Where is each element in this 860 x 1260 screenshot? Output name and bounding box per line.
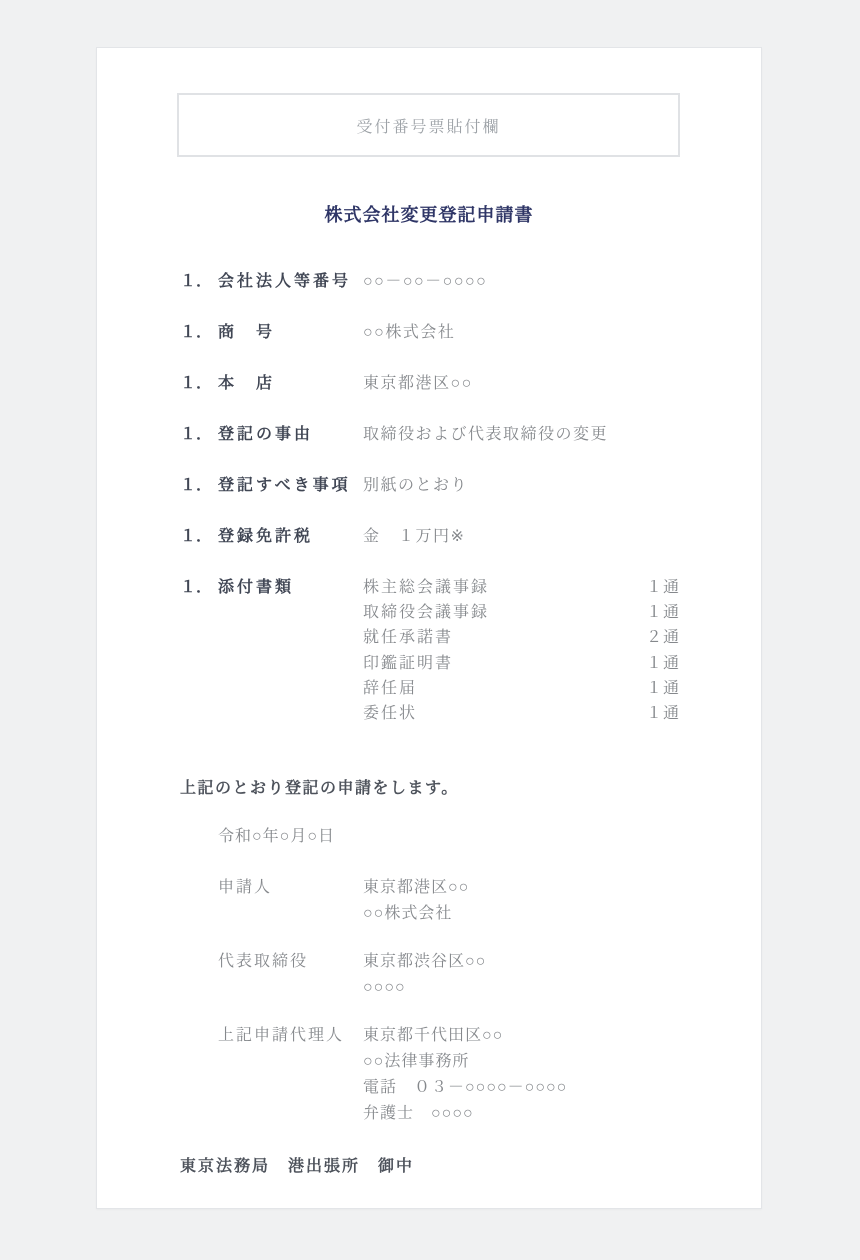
- item-number: １．: [180, 273, 218, 290]
- item-label: 商 号: [218, 324, 363, 341]
- signers-section: 申請人 東京都港区○○ ○○株式会社 代表取締役 東京都渋谷区○○ ○○○○ 上…: [218, 875, 680, 1149]
- item-value: ○○－○○－○○○○: [363, 273, 680, 290]
- attachment-row: 委任状 １通: [363, 701, 680, 726]
- signer-line: 弁護士 ○○○○: [363, 1101, 680, 1127]
- signer-line: 電話 ０３－○○○○－○○○○: [363, 1075, 680, 1101]
- item-value: 別紙のとおり: [363, 477, 680, 494]
- attachment-count: １通: [646, 575, 680, 600]
- item-number: １．: [180, 579, 218, 726]
- signer-role: 上記申請代理人: [218, 1023, 363, 1127]
- item-value: 取締役および代表取締役の変更: [363, 426, 680, 443]
- attachment-name: 印鑑証明書: [363, 651, 453, 676]
- signer-line: ○○株式会社: [363, 901, 680, 927]
- attachment-row: 株主総会議事録 １通: [363, 575, 680, 600]
- attachment-name: 辞任届: [363, 676, 417, 701]
- attachment-name: 就任承諾書: [363, 625, 453, 650]
- application-date: 令和○年○月○日: [218, 823, 335, 846]
- signer-line: 東京都港区○○: [363, 875, 680, 901]
- item-value: 東京都港区○○: [363, 375, 680, 392]
- receipt-box-label: 受付番号票貼付欄: [356, 114, 500, 137]
- attachment-count: １通: [646, 651, 680, 676]
- attachment-name: 取締役会議事録: [363, 600, 489, 625]
- signer-line: 東京都渋谷区○○: [363, 949, 680, 975]
- signer-line: ○○法律事務所: [363, 1049, 680, 1075]
- item-number: １．: [180, 528, 218, 545]
- item-label: 登記すべき事項: [218, 477, 363, 494]
- declaration-text: 上記のとおり登記の申請をします。: [180, 775, 459, 798]
- item-row-trade-name: １． 商 号 ○○株式会社: [180, 324, 680, 341]
- attachments-list: 株主総会議事録 １通 取締役会議事録 １通 就任承諾書 ２通 印鑑証明書 １通 …: [363, 575, 680, 726]
- item-row-corporate-number: １． 会社法人等番号 ○○－○○－○○○○: [180, 273, 680, 290]
- item-number: １．: [180, 375, 218, 392]
- item-row-registration-tax: １． 登録免許税 金 １万円※: [180, 528, 680, 545]
- signer-role: 代表取締役: [218, 949, 363, 1001]
- item-label: 登記の事由: [218, 426, 363, 443]
- signer-line: 東京都千代田区○○: [363, 1023, 680, 1049]
- attachment-count: １通: [646, 676, 680, 701]
- attachment-name: 委任状: [363, 701, 417, 726]
- item-label: 登録免許税: [218, 528, 363, 545]
- attachment-row: 印鑑証明書 １通: [363, 651, 680, 676]
- item-label: 会社法人等番号: [218, 273, 363, 290]
- item-row-head-office: １． 本 店 東京都港区○○: [180, 375, 680, 392]
- signer-lines: 東京都港区○○ ○○株式会社: [363, 875, 680, 927]
- attachment-row: 辞任届 １通: [363, 676, 680, 701]
- signer-line: ○○○○: [363, 975, 680, 1001]
- signer-block-representative-director: 代表取締役 東京都渋谷区○○ ○○○○: [218, 949, 680, 1001]
- attachment-row: 取締役会議事録 １通: [363, 600, 680, 625]
- item-value: 金 １万円※: [363, 528, 680, 545]
- signer-block-applicant: 申請人 東京都港区○○ ○○株式会社: [218, 875, 680, 927]
- receipt-number-box: 受付番号票貼付欄: [177, 93, 680, 157]
- item-value: ○○株式会社: [363, 324, 680, 341]
- item-number: １．: [180, 324, 218, 341]
- attachment-count: １通: [646, 600, 680, 625]
- item-label: 添付書類: [218, 579, 363, 726]
- item-number: １．: [180, 426, 218, 443]
- signer-lines: 東京都千代田区○○ ○○法律事務所 電話 ０３－○○○○－○○○○ 弁護士 ○○…: [363, 1023, 680, 1127]
- document-page: 受付番号票貼付欄 株式会社変更登記申請書 １． 会社法人等番号 ○○－○○－○○…: [96, 47, 762, 1209]
- item-row-attachments: １． 添付書類 株主総会議事録 １通 取締役会議事録 １通 就任承諾書 ２通 印…: [180, 579, 680, 726]
- attachment-count: ２通: [646, 625, 680, 650]
- item-row-cause-of-registration: １． 登記の事由 取締役および代表取締役の変更: [180, 426, 680, 443]
- attachment-count: １通: [646, 701, 680, 726]
- item-row-matters-to-register: １． 登記すべき事項 別紙のとおり: [180, 477, 680, 494]
- signer-block-agent: 上記申請代理人 東京都千代田区○○ ○○法律事務所 電話 ０３－○○○○－○○○…: [218, 1023, 680, 1127]
- item-label: 本 店: [218, 375, 363, 392]
- registration-items: １． 会社法人等番号 ○○－○○－○○○○ １． 商 号 ○○株式会社 １． 本…: [180, 273, 680, 760]
- signer-lines: 東京都渋谷区○○ ○○○○: [363, 949, 680, 1001]
- item-number: １．: [180, 477, 218, 494]
- attachment-name: 株主総会議事録: [363, 575, 489, 600]
- attachment-row: 就任承諾書 ２通: [363, 625, 680, 650]
- signer-role: 申請人: [218, 875, 363, 927]
- page-title: 株式会社変更登記申請書: [97, 201, 761, 227]
- addressee-text: 東京法務局 港出張所 御中: [180, 1153, 414, 1176]
